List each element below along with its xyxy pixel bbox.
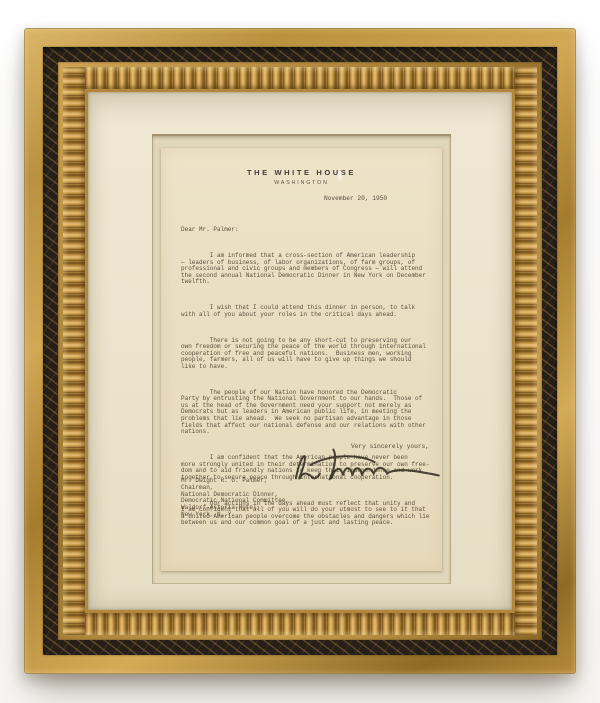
letter-paper: THE WHITE HOUSE WASHINGTON November 20, … bbox=[161, 148, 442, 571]
paragraph-2: I wish that I could attend this dinner i… bbox=[181, 305, 435, 318]
paragraph-4: The people of our Nation have honored th… bbox=[181, 390, 435, 436]
paragraph-1: I am informed that a cross-section of Am… bbox=[181, 253, 435, 286]
mat-board: THE WHITE HOUSE WASHINGTON November 20, … bbox=[88, 92, 512, 610]
letterhead-white-house: THE WHITE HOUSE bbox=[161, 168, 442, 177]
recipient-address-block: Mr. Dwight R. G. Palmer, Chairman, Natio… bbox=[181, 478, 289, 519]
picture-frame-outer-gold: THE WHITE HOUSE WASHINGTON November 20, … bbox=[24, 28, 576, 674]
letterhead: THE WHITE HOUSE WASHINGTON bbox=[161, 168, 442, 186]
frame-ornate-right bbox=[515, 67, 537, 635]
letter-date: November 20, 1950 bbox=[324, 195, 387, 202]
salutation: Dear Mr. Palmer: bbox=[181, 227, 435, 234]
mat-window-bevel: THE WHITE HOUSE WASHINGTON November 20, … bbox=[152, 134, 451, 584]
letterhead-washington: WASHINGTON bbox=[161, 180, 442, 186]
truman-signature bbox=[287, 440, 443, 486]
frame-ornate-bottom bbox=[63, 613, 537, 635]
paragraph-3: There is not going to be any short-cut t… bbox=[181, 338, 435, 371]
paper-stain-mark bbox=[337, 171, 343, 183]
frame-ornate-top bbox=[63, 67, 537, 89]
framed-letter-photo: THE WHITE HOUSE WASHINGTON November 20, … bbox=[0, 0, 600, 703]
frame-ornate-left bbox=[63, 67, 85, 635]
